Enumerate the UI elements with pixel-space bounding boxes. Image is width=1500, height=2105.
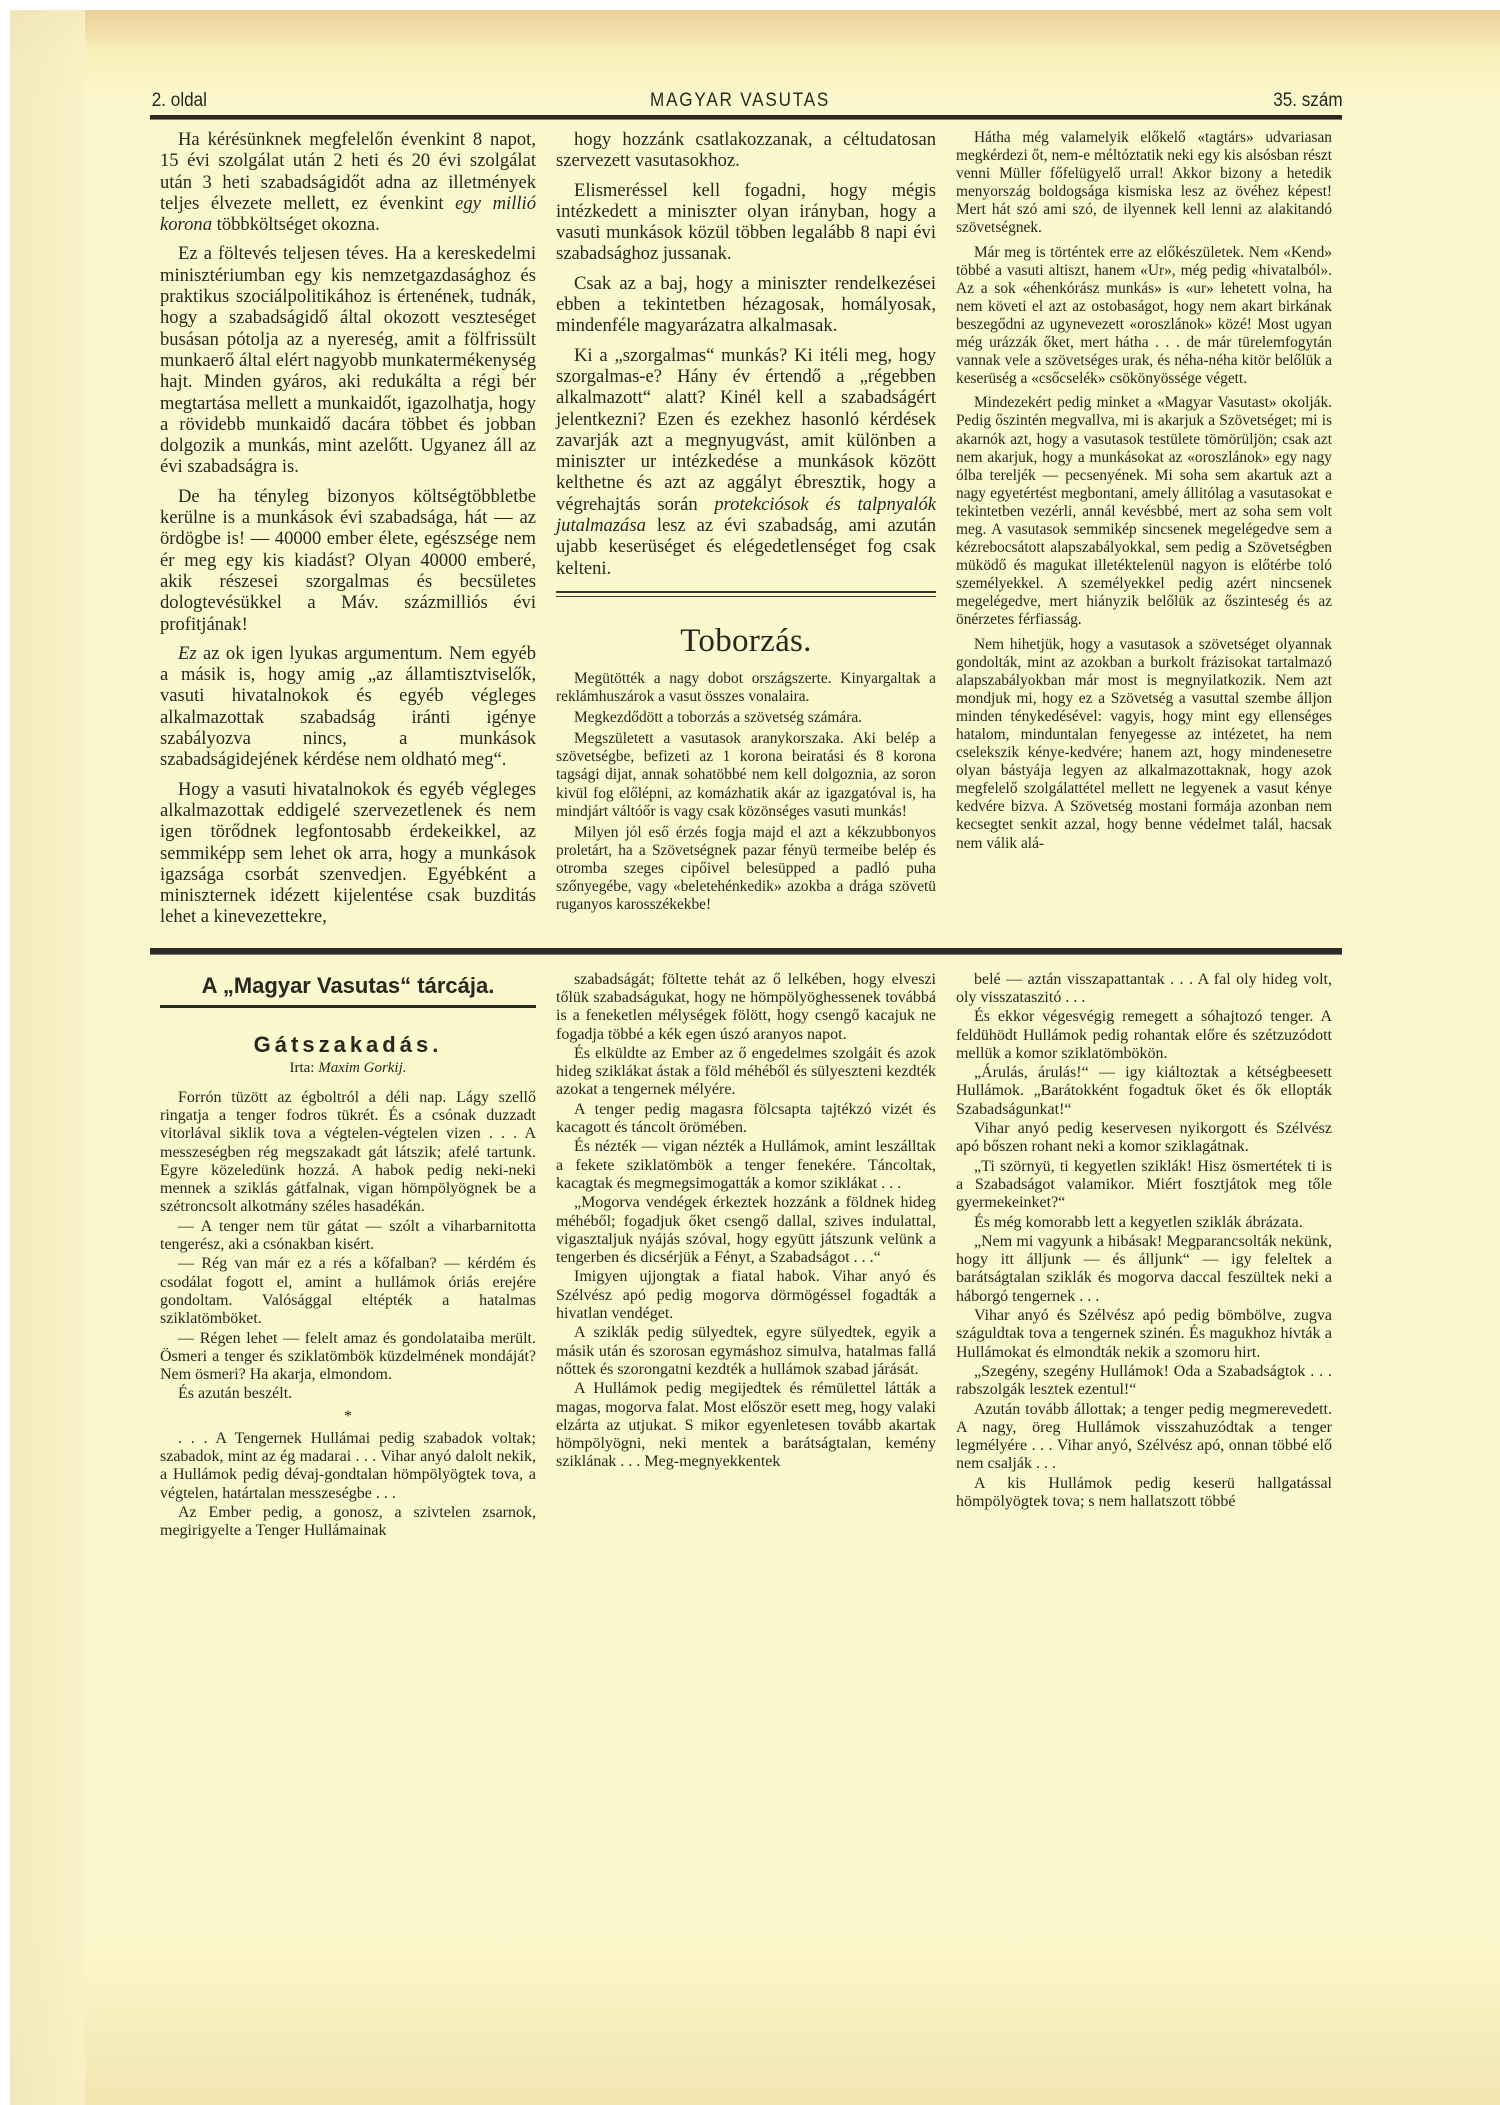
top-middle-column: hogy hozzánk csatlakozzanak, a céltudato… (546, 129, 946, 928)
toborzas-article: Megütötték a nagy dobot országszerte. Ki… (556, 670, 936, 914)
tarca-middle-column: szabadságát; föltette tehát az ő lelkébe… (546, 963, 946, 1541)
toborzas-title: Toborzás. (556, 623, 936, 660)
paragraph: . . . A Tengernek Hullámai pedig szabado… (160, 1430, 536, 1503)
paragraph: belé — aztán visszapattantak . . . A fal… (956, 971, 1332, 1008)
scan-border-top (0, 0, 1500, 10)
paragraph: Mindezekért pedig minket a «Magyar Vasut… (956, 394, 1332, 629)
byline-author: Maxim Gorkij. (318, 1060, 406, 1076)
issue-number: 35. szám (1273, 90, 1342, 112)
section-break-asterisk: * (160, 1408, 536, 1426)
paragraph: Megütötték a nagy dobot országszerte. Ki… (556, 670, 936, 706)
paragraph: szabadságát; föltette tehát az ő lelkébe… (556, 971, 936, 1044)
newspaper-page: 2. oldal MAGYAR VASUTAS 35. szám Ha kéré… (150, 82, 1342, 1541)
paragraph: A sziklák pedig sülyedtek, egyre sülyedt… (556, 1324, 936, 1379)
paragraph: „Szegény, szegény Hullámok! Oda a Szabad… (956, 1363, 1332, 1400)
paragraph: Megkezdődött a toborzás a szövetség szám… (556, 709, 936, 727)
paragraph: Vihar anyó és Szélvész apó pedig bömbölv… (956, 1307, 1332, 1362)
header-rule (150, 115, 1342, 119)
paragraph: „Ti szörnyü, ti kegyetlen sziklák! Hisz … (956, 1158, 1332, 1213)
section-divider (150, 948, 1342, 955)
top-section: Ha kérésünknek megfelelőn évenkint 8 nap… (150, 129, 1342, 928)
paragraph: Nem hihetjük, hogy a vasutasok a szövets… (956, 636, 1332, 853)
paragraph: És nézték — vigan nézték a Hullámok, ami… (556, 1138, 936, 1193)
paragraph: De ha tényleg bizonyos költségtöbbletbe … (160, 486, 536, 635)
paragraph: A kis Hullámok pedig keserü hallgatással… (956, 1475, 1332, 1512)
paragraph: Vihar anyó pedig keservesen nyikorgott é… (956, 1120, 1332, 1157)
middle-article: hogy hozzánk csatlakozzanak, a céltudato… (556, 129, 936, 579)
paragraph: „Nem mi vagyunk a hibásak! Megparancsolt… (956, 1233, 1332, 1306)
paragraph: A Hullámok pedig megijedtek és rémülette… (556, 1380, 936, 1471)
page-number: 2. oldal (152, 90, 207, 112)
paragraph: Hogy a vasuti hivatalnokok és egyéb végl… (160, 779, 536, 928)
paragraph: Ki a „szorgalmas“ munkás? Ki itéli meg, … (556, 345, 936, 579)
paragraph: Ha kérésünknek megfelelőn évenkint 8 nap… (160, 129, 536, 235)
paragraph: — A tenger nem tür gátat — szólt a vihar… (160, 1218, 536, 1255)
paragraph: Ez az ok igen lyukas argumentum. Nem egy… (160, 643, 536, 771)
paragraph: „Árulás, árulás!“ — igy kiáltoztak a két… (956, 1064, 1332, 1119)
paragraph: És elküldte az Ember az ő engedelmes szo… (556, 1045, 936, 1100)
tarca-heading-rule (160, 1005, 536, 1008)
article-separator (556, 591, 936, 597)
paragraph: Azután tovább állottak; a tenger pedig m… (956, 1401, 1332, 1474)
story-byline: Irta: Maxim Gorkij. (160, 1060, 536, 1077)
tarca-right-column: belé — aztán visszapattantak . . . A fal… (946, 963, 1342, 1541)
paragraph: Ez a föltevés teljesen téves. Ha a keres… (160, 243, 536, 477)
paragraph: Forrón tüzött az égboltról a déli nap. L… (160, 1089, 536, 1217)
paragraph: És azután beszélt. (160, 1385, 536, 1403)
paragraph: Milyen jól eső érzés fogja majd el azt a… (556, 824, 936, 914)
story-part-2: . . . A Tengernek Hullámai pedig szabado… (160, 1430, 536, 1541)
story-title: Gátszakadás. (160, 1032, 536, 1058)
tarca-section: A „Magyar Vasutas“ tárcája. Gátszakadás.… (150, 963, 1342, 1541)
paragraph: Már meg is történtek erre az előkészület… (956, 244, 1332, 389)
paragraph: „Mogorva vendégek érkeztek hozzánk a föl… (556, 1194, 936, 1267)
byline-prefix: Irta: (289, 1060, 318, 1076)
paragraph: — Rég van már ez a rés a kőfalban? — kér… (160, 1255, 536, 1328)
paragraph: És ekkor végesvégig remegett a sóhajtozó… (956, 1008, 1332, 1063)
top-left-column: Ha kérésünknek megfelelőn évenkint 8 nap… (150, 129, 546, 928)
paragraph: hogy hozzánk csatlakozzanak, a céltudato… (556, 129, 936, 172)
paragraph: És még komorabb lett a kegyetlen sziklák… (956, 1214, 1332, 1232)
paragraph: Csak az a baj, hogy a miniszter rendelke… (556, 273, 936, 337)
paragraph: — Régen lehet — felelt amaz és gondolata… (160, 1330, 536, 1385)
paper-edge (10, 10, 85, 2105)
tarca-heading: A „Magyar Vasutas“ tárcája. (160, 973, 536, 999)
scan-border-left (0, 0, 10, 2105)
page-header: 2. oldal MAGYAR VASUTAS 35. szám (150, 82, 1344, 112)
tarca-left-column: A „Magyar Vasutas“ tárcája. Gátszakadás.… (150, 963, 546, 1541)
story-part-1: Forrón tüzött az égboltról a déli nap. L… (160, 1089, 536, 1404)
paragraph: Imigyen ujjongtak a fiatal habok. Vihar … (556, 1268, 936, 1323)
top-right-column: Hátha még valamelyik előkelő «tagtárs» u… (946, 129, 1342, 928)
masthead-title: MAGYAR VASUTAS (650, 90, 830, 112)
paragraph: Megszületett a vasutasok aranykorszaka. … (556, 730, 936, 820)
paragraph: Az Ember pedig, a gonosz, a szivtelen zs… (160, 1504, 536, 1541)
paragraph: A tenger pedig magasra fölcsapta tajtékz… (556, 1101, 936, 1138)
paragraph: Hátha még valamelyik előkelő «tagtárs» u… (956, 129, 1332, 238)
paragraph: Elismeréssel kell fogadni, hogy mégis in… (556, 180, 936, 265)
